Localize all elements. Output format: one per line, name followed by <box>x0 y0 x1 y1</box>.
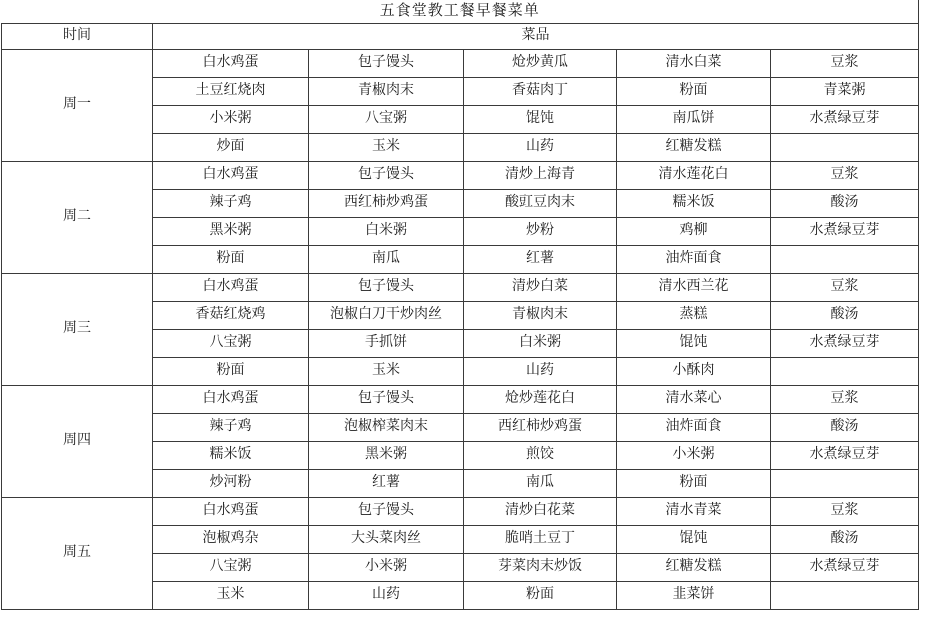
dish-cell: 白米粥 <box>464 329 617 357</box>
dish-cell: 煎饺 <box>464 441 617 469</box>
dish-cell: 手抓饼 <box>309 329 464 357</box>
dish-cell: 炒粉 <box>464 217 617 245</box>
dish-cell: 馄饨 <box>617 525 771 553</box>
menu-row: 周二白水鸡蛋包子馒头清炒上海青清水莲花白豆浆 <box>2 161 919 189</box>
dishes-header-cell: 菜品 <box>153 23 919 49</box>
dish-cell <box>771 133 919 161</box>
dish-cell: 粉面 <box>617 77 771 105</box>
document-page: 五食堂教工餐早餐菜单 时间 菜品 周一白水鸡蛋包子馒头炝炒黄瓜清水白菜豆浆土豆红… <box>0 0 927 619</box>
dish-cell: 白米粥 <box>309 217 464 245</box>
dish-cell: 包子馒头 <box>309 273 464 301</box>
dish-cell: 小米粥 <box>309 553 464 581</box>
day-label-cell: 周五 <box>2 497 153 609</box>
dish-cell: 南瓜饼 <box>617 105 771 133</box>
dish-cell: 包子馒头 <box>309 161 464 189</box>
dish-cell: 豆浆 <box>771 49 919 77</box>
dish-cell: 韭菜饼 <box>617 581 771 609</box>
dish-cell <box>771 469 919 497</box>
dish-cell: 炝炒莲花白 <box>464 385 617 413</box>
dish-cell: 红糖发糕 <box>617 553 771 581</box>
dish-cell: 白水鸡蛋 <box>153 273 309 301</box>
dish-cell: 香菇红烧鸡 <box>153 301 309 329</box>
dish-cell: 水煮绿豆芽 <box>771 217 919 245</box>
dish-cell: 酸豇豆肉末 <box>464 189 617 217</box>
dish-cell: 酸汤 <box>771 189 919 217</box>
dish-cell: 小酥肉 <box>617 357 771 385</box>
dish-cell: 泡椒榨菜肉末 <box>309 413 464 441</box>
dish-cell: 粉面 <box>153 245 309 273</box>
menu-row: 周五白水鸡蛋包子馒头清炒白花菜清水青菜豆浆 <box>2 497 919 525</box>
dish-cell: 西红柿炒鸡蛋 <box>309 189 464 217</box>
dish-cell: 油炸面食 <box>617 413 771 441</box>
dish-cell: 玉米 <box>309 133 464 161</box>
dish-cell: 白水鸡蛋 <box>153 161 309 189</box>
dish-cell: 南瓜 <box>309 245 464 273</box>
dish-cell: 豆浆 <box>771 497 919 525</box>
dish-cell: 八宝粥 <box>153 553 309 581</box>
dish-cell: 红薯 <box>309 469 464 497</box>
title-row: 五食堂教工餐早餐菜单 <box>2 0 919 23</box>
dish-cell: 清水菜心 <box>617 385 771 413</box>
day-label-cell: 周一 <box>2 49 153 161</box>
dish-cell: 水煮绿豆芽 <box>771 105 919 133</box>
dish-cell: 山药 <box>464 133 617 161</box>
dish-cell: 馄饨 <box>617 329 771 357</box>
dish-cell: 豆浆 <box>771 385 919 413</box>
dish-cell: 豆浆 <box>771 273 919 301</box>
dish-cell: 水煮绿豆芽 <box>771 441 919 469</box>
dish-cell: 八宝粥 <box>153 329 309 357</box>
dish-cell: 粉面 <box>464 581 617 609</box>
dish-cell: 水煮绿豆芽 <box>771 553 919 581</box>
dish-cell <box>771 357 919 385</box>
dish-cell: 芽菜肉末炒饭 <box>464 553 617 581</box>
dish-cell: 白水鸡蛋 <box>153 385 309 413</box>
dish-cell: 西红柿炒鸡蛋 <box>464 413 617 441</box>
day-label-cell: 周二 <box>2 161 153 273</box>
dish-cell: 八宝粥 <box>309 105 464 133</box>
dish-cell: 糯米饭 <box>153 441 309 469</box>
menu-row: 周四白水鸡蛋包子馒头炝炒莲花白清水菜心豆浆 <box>2 385 919 413</box>
dish-cell: 糯米饭 <box>617 189 771 217</box>
breakfast-menu-table: 五食堂教工餐早餐菜单 时间 菜品 周一白水鸡蛋包子馒头炝炒黄瓜清水白菜豆浆土豆红… <box>1 0 919 610</box>
dish-cell: 水煮绿豆芽 <box>771 329 919 357</box>
dish-cell: 辣子鸡 <box>153 189 309 217</box>
dish-cell: 酸汤 <box>771 301 919 329</box>
dish-cell: 辣子鸡 <box>153 413 309 441</box>
dish-cell: 清水白菜 <box>617 49 771 77</box>
dish-cell: 小米粥 <box>617 441 771 469</box>
dish-cell: 白水鸡蛋 <box>153 497 309 525</box>
day-label-cell: 周四 <box>2 385 153 497</box>
dish-cell: 白水鸡蛋 <box>153 49 309 77</box>
dish-cell: 山药 <box>464 357 617 385</box>
dish-cell: 包子馒头 <box>309 385 464 413</box>
dish-cell: 泡椒白刀干炒肉丝 <box>309 301 464 329</box>
dish-cell: 蒸糕 <box>617 301 771 329</box>
day-label-cell: 周三 <box>2 273 153 385</box>
dish-cell: 南瓜 <box>464 469 617 497</box>
header-row: 时间 菜品 <box>2 23 919 49</box>
dish-cell: 玉米 <box>309 357 464 385</box>
dish-cell: 黑米粥 <box>309 441 464 469</box>
dish-cell: 土豆红烧肉 <box>153 77 309 105</box>
dish-cell: 清水西兰花 <box>617 273 771 301</box>
dish-cell: 黑米粥 <box>153 217 309 245</box>
menu-row: 周三白水鸡蛋包子馒头清炒白菜清水西兰花豆浆 <box>2 273 919 301</box>
dish-cell: 炒河粉 <box>153 469 309 497</box>
dish-cell: 脆哨土豆丁 <box>464 525 617 553</box>
dish-cell: 粉面 <box>617 469 771 497</box>
dish-cell: 粉面 <box>153 357 309 385</box>
dish-cell: 清水青菜 <box>617 497 771 525</box>
dish-cell <box>771 581 919 609</box>
dish-cell: 酸汤 <box>771 525 919 553</box>
dish-cell: 香菇肉丁 <box>464 77 617 105</box>
dish-cell: 小米粥 <box>153 105 309 133</box>
menu-row: 周一白水鸡蛋包子馒头炝炒黄瓜清水白菜豆浆 <box>2 49 919 77</box>
dish-cell: 青椒肉末 <box>309 77 464 105</box>
dish-cell: 鸡柳 <box>617 217 771 245</box>
dish-cell: 红糖发糕 <box>617 133 771 161</box>
dish-cell: 清炒白花菜 <box>464 497 617 525</box>
dish-cell: 豆浆 <box>771 161 919 189</box>
dish-cell: 泡椒鸡杂 <box>153 525 309 553</box>
dish-cell: 清水莲花白 <box>617 161 771 189</box>
dish-cell: 山药 <box>309 581 464 609</box>
dish-cell: 青椒肉末 <box>464 301 617 329</box>
dish-cell: 红薯 <box>464 245 617 273</box>
menu-title: 五食堂教工餐早餐菜单 <box>2 0 919 23</box>
dish-cell: 酸汤 <box>771 413 919 441</box>
dish-cell: 包子馒头 <box>309 497 464 525</box>
dish-cell: 清炒白菜 <box>464 273 617 301</box>
time-header-cell: 时间 <box>2 23 153 49</box>
dish-cell: 清炒上海青 <box>464 161 617 189</box>
dish-cell: 炝炒黄瓜 <box>464 49 617 77</box>
dish-cell: 炒面 <box>153 133 309 161</box>
dish-cell: 玉米 <box>153 581 309 609</box>
dish-cell: 大头菜肉丝 <box>309 525 464 553</box>
dish-cell <box>771 245 919 273</box>
dish-cell: 青菜粥 <box>771 77 919 105</box>
dish-cell: 馄饨 <box>464 105 617 133</box>
dish-cell: 油炸面食 <box>617 245 771 273</box>
dish-cell: 包子馒头 <box>309 49 464 77</box>
